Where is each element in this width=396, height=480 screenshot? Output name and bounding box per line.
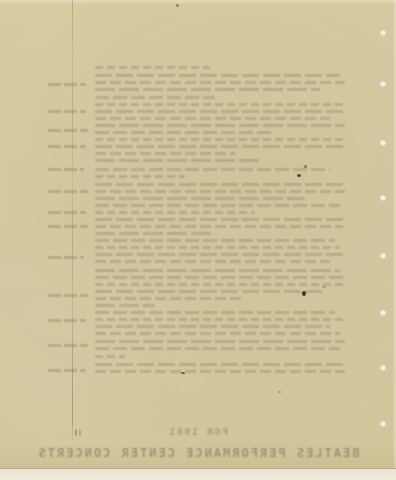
bleed-line: [95, 74, 340, 77]
bleed-line: [95, 311, 335, 314]
punch-hole: [380, 29, 386, 35]
bleed-line: [95, 66, 210, 69]
bleed-date-label: [48, 294, 88, 297]
bleed-date-label: [48, 129, 88, 132]
bleed-line: [95, 110, 345, 113]
bleed-line: [95, 318, 345, 321]
bleed-line: [95, 145, 347, 148]
bleed-line: [95, 131, 275, 134]
bleed-title-year: FOR 1961: [0, 427, 396, 438]
bleed-line: [95, 347, 340, 350]
bleedthrough-text-region: [0, 0, 396, 468]
bleed-line: [95, 124, 345, 127]
bleed-line: [95, 283, 343, 286]
bleed-line: [95, 225, 343, 228]
bleed-line: [95, 355, 125, 358]
punch-hole: [380, 80, 386, 86]
bleed-line: [95, 197, 305, 200]
bleed-date-label: [48, 225, 88, 228]
bleed-line: [95, 325, 330, 328]
ink-speck: [302, 291, 306, 296]
bleed-line: [95, 204, 340, 207]
bleed-line: [95, 290, 325, 293]
bleed-date-label: [48, 344, 88, 347]
ink-speck: [181, 372, 185, 374]
bleed-date-label: [48, 319, 86, 322]
bleed-line: [95, 340, 345, 343]
ink-speck: [297, 174, 301, 177]
bleed-line: [95, 190, 345, 193]
bleed-date-label: [48, 256, 84, 259]
bleed-line: [95, 152, 235, 155]
punch-hole: [380, 139, 386, 145]
ink-speck: [79, 430, 81, 436]
bleed-date-label: [48, 110, 86, 113]
scanner-background-strip: [0, 469, 396, 480]
bleed-title-main: BEATLES PERFORMANCE CENTER CONCERTS: [0, 446, 396, 460]
bleed-date-label: [48, 211, 86, 214]
bleed-date-label: [48, 145, 86, 148]
ink-speck: [304, 165, 307, 168]
ink-speck: [176, 4, 179, 7]
bleed-line: [95, 239, 335, 242]
bleed-line: [95, 88, 320, 91]
bleed-line: [95, 175, 185, 178]
bleed-line: [95, 218, 345, 221]
bleed-line: [95, 159, 260, 162]
bleed-line: [95, 363, 343, 366]
bleed-line: [95, 168, 330, 171]
ink-speck: [322, 286, 326, 288]
ink-speck: [278, 391, 281, 393]
bleed-line: [95, 297, 245, 300]
bleed-line: [95, 276, 345, 279]
bleed-date-label: [48, 190, 88, 193]
punch-hole: [380, 252, 386, 258]
bleed-line: [95, 246, 340, 249]
scanned-page: FOR 1961 BEATLES PERFORMANCE CENTER CONC…: [0, 0, 396, 469]
punch-hole: [380, 309, 386, 315]
bleed-line: [95, 96, 215, 99]
ink-speck: [75, 429, 77, 436]
bleed-date-label: [48, 168, 84, 171]
bleed-line: [95, 81, 345, 84]
bleed-line: [95, 103, 343, 106]
bleed-line: [95, 253, 345, 256]
bleed-line: [95, 269, 340, 272]
bleed-line: [95, 183, 343, 186]
bleed-date-label: [48, 83, 86, 86]
bleed-date-label: [48, 369, 86, 372]
punch-hole: [380, 364, 386, 370]
bleed-line: [95, 138, 343, 141]
bleed-line: [95, 370, 345, 373]
bleed-line: [95, 332, 340, 335]
punch-hole: [380, 194, 386, 200]
bleed-line: [95, 260, 330, 263]
bleed-line: [95, 211, 255, 214]
bleed-line: [95, 304, 155, 307]
punch-hole: [380, 420, 386, 426]
scan-backdrop: FOR 1961 BEATLES PERFORMANCE CENTER CONC…: [0, 0, 396, 480]
bleed-line: [95, 117, 330, 120]
bleed-line: [95, 232, 215, 235]
